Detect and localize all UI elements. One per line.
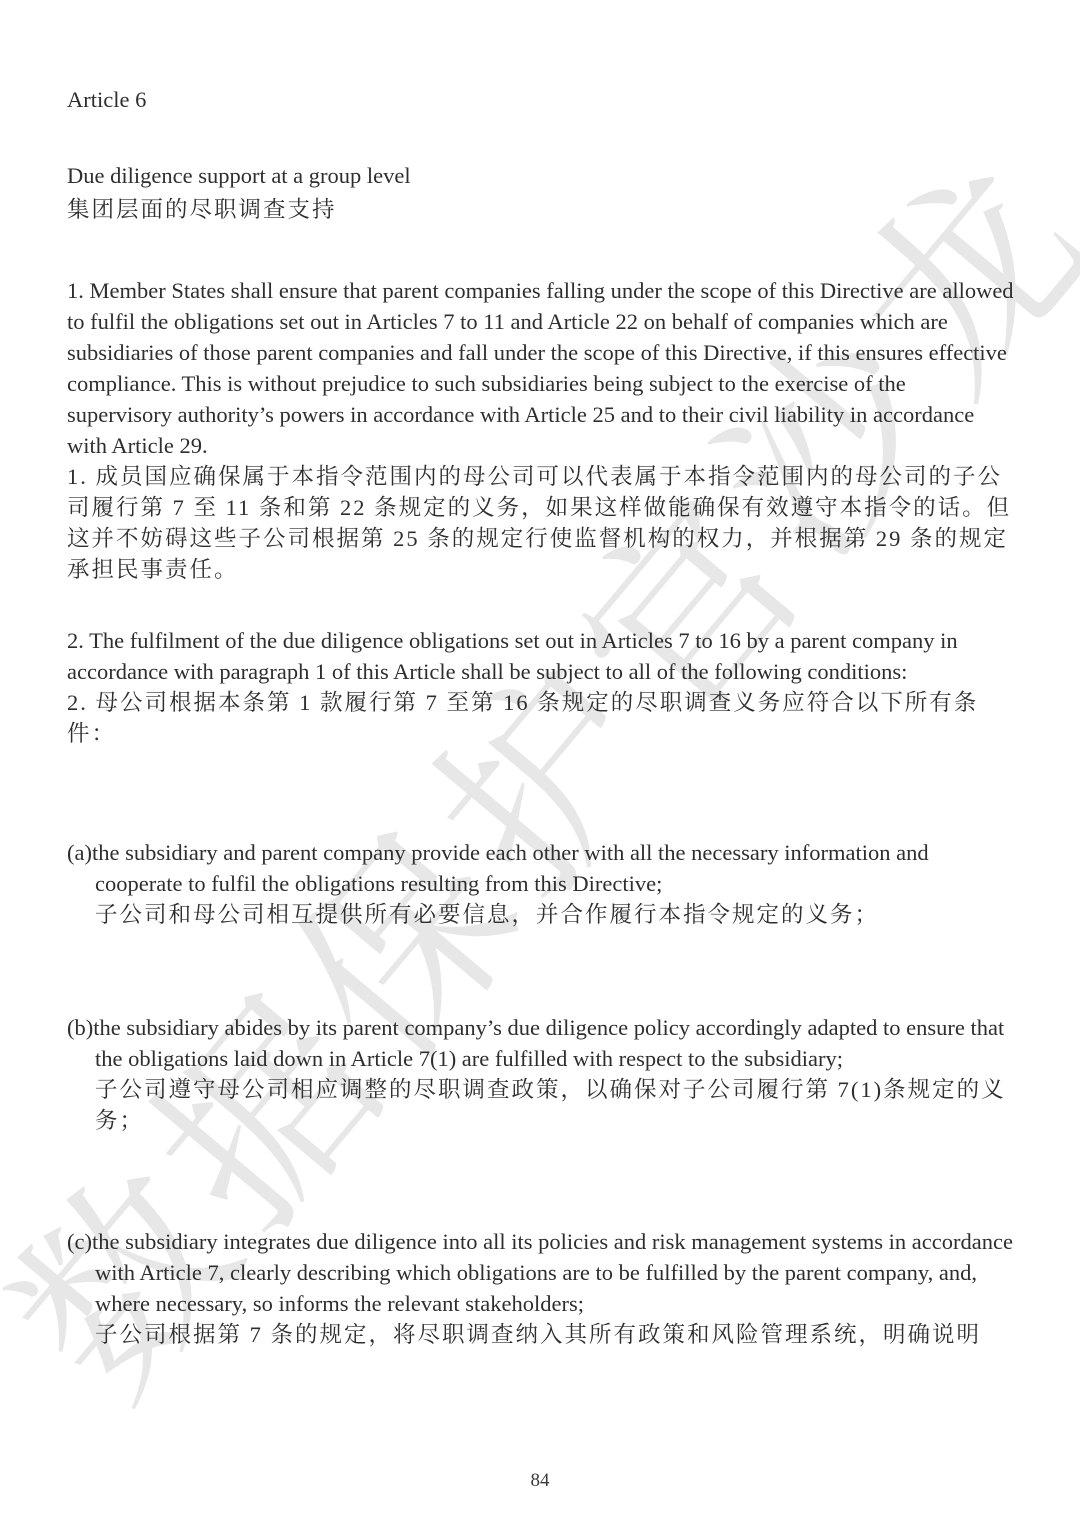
condition-b-marker: (b) (67, 1015, 93, 1040)
condition-a-zh: 子公司和母公司相互提供所有必要信息，并合作履行本指令规定的义务； (95, 899, 1015, 930)
condition-c-en: (c)the subsidiary integrates due diligen… (95, 1226, 1015, 1319)
article-subtitle-block: Due diligence support at a group level 集… (67, 159, 1015, 227)
condition-item-a: (a)the subsidiary and parent company pro… (67, 837, 1015, 930)
condition-a-en-text: the subsidiary and parent company provid… (92, 840, 929, 896)
condition-c-en-text: the subsidiary integrates due diligence … (92, 1229, 1013, 1316)
paragraph-2-zh: 2. 母公司根据本条第 1 款履行第 7 至第 16 条规定的尽职调查义务应符合… (67, 687, 1015, 749)
condition-c-marker: (c) (67, 1229, 92, 1254)
condition-b-en-text: the subsidiary abides by its parent comp… (93, 1015, 1004, 1071)
condition-item-c: (c)the subsidiary integrates due diligen… (67, 1226, 1015, 1350)
paragraph-1: 1. Member States shall ensure that paren… (67, 275, 1015, 585)
article-title: Article 6 (67, 84, 1015, 115)
paragraph-1-en: 1. Member States shall ensure that paren… (67, 275, 1015, 461)
condition-a-marker: (a) (67, 840, 92, 865)
article-subtitle-en: Due diligence support at a group level (67, 159, 1015, 193)
condition-item-b: (b)the subsidiary abides by its parent c… (67, 1012, 1015, 1136)
paragraph-2-en: 2. The fulfilment of the due diligence o… (67, 625, 1015, 687)
condition-b-en: (b)the subsidiary abides by its parent c… (95, 1012, 1015, 1074)
page-content: Article 6 Due diligence support at a gro… (67, 0, 1015, 1350)
article-subtitle-zh: 集团层面的尽职调查支持 (67, 193, 1015, 227)
page-number: 84 (0, 1470, 1080, 1492)
paragraph-2: 2. The fulfilment of the due diligence o… (67, 625, 1015, 749)
paragraph-1-zh: 1. 成员国应确保属于本指令范围内的母公司可以代表属于本指令范围内的母公司的子公… (67, 461, 1015, 585)
condition-c-zh: 子公司根据第 7 条的规定，将尽职调查纳入其所有政策和风险管理系统，明确说明 (95, 1319, 1015, 1350)
document-page: 数据保护官沙龙 Article 6 Due diligence support … (0, 0, 1080, 1527)
condition-b-zh: 子公司遵守母公司相应调整的尽职调查政策，以确保对子公司履行第 7(1)条规定的义… (95, 1074, 1015, 1136)
condition-a-en: (a)the subsidiary and parent company pro… (95, 837, 1015, 899)
